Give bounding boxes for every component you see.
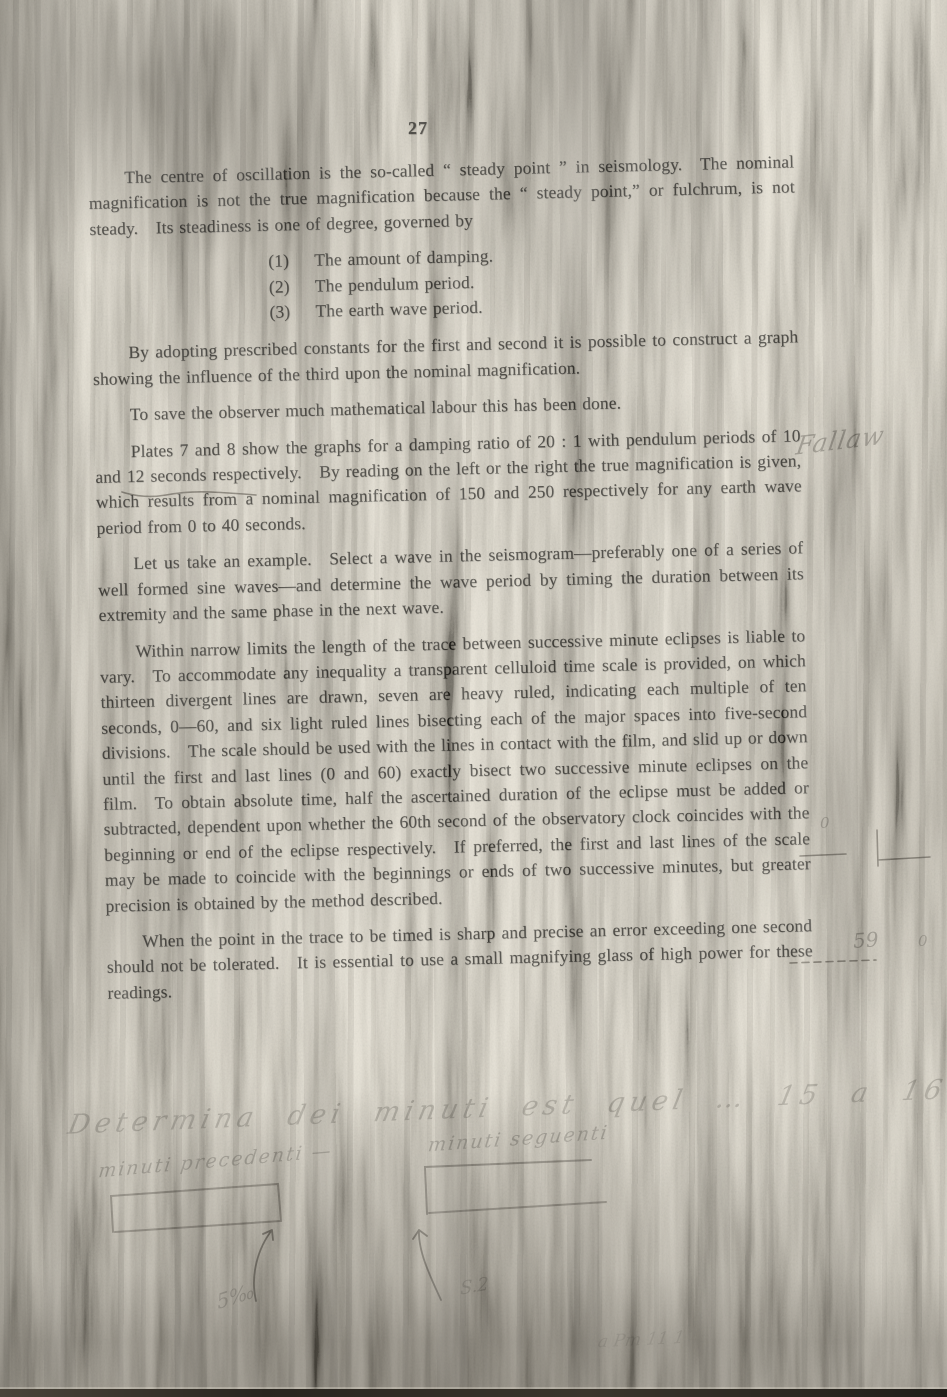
handwritten-scribble-bottom: a Pm 11 1 bbox=[596, 1328, 685, 1353]
scanned-page: 27 The centre of oscillation is the so-c… bbox=[0, 0, 947, 1397]
page-number: 27 bbox=[408, 118, 428, 139]
paragraph-plates-7-8: Plates 7 and 8 show the graphs for a dam… bbox=[94, 423, 802, 541]
pencil-box-left-sketch bbox=[111, 1184, 281, 1232]
paragraph-example: Let us take an example. Select a wave in… bbox=[97, 536, 805, 629]
paragraph-time-scale: Within narrow limits the length of the t… bbox=[99, 623, 811, 919]
body-text: The centre of oscillation is the so-call… bbox=[88, 149, 814, 1017]
pencil-box-right-sketch bbox=[425, 1160, 591, 1214]
handwritten-margin-zero-top: 0 bbox=[820, 814, 830, 832]
paragraph-adopting-constants: By adopting prescribed constants for the… bbox=[92, 325, 799, 392]
handwritten-label-precedenti: minuti precedenti — bbox=[97, 1140, 334, 1183]
numbered-list: (1) The amount of damping. (2) The pendu… bbox=[268, 237, 798, 326]
handwritten-scribble-mid: S.2 bbox=[460, 1273, 488, 1299]
handwritten-scribble-left: 5‰ bbox=[215, 1278, 256, 1314]
handwritten-label-seguenti: minuti seguenti bbox=[427, 1122, 611, 1157]
paragraph-save-labour: To save the observer much mathematical l… bbox=[94, 387, 800, 429]
paragraph-magnifying-glass: When the point in the trace to be timed … bbox=[106, 913, 814, 1006]
handwritten-margin-name: Fallaw bbox=[794, 420, 887, 461]
scan-bottom-edge bbox=[0, 1389, 947, 1397]
paragraph-centre-of-oscillation: The centre of oscillation is the so-call… bbox=[88, 149, 796, 242]
pencil-arrow-right bbox=[413, 1230, 441, 1300]
margin-dash-line-2 bbox=[877, 830, 930, 866]
pencil-box-right-bottom-line bbox=[429, 1202, 606, 1213]
list-marker: (2) bbox=[269, 274, 304, 300]
list-item-text: The pendulum period. bbox=[315, 270, 475, 299]
list-marker: (1) bbox=[268, 248, 303, 274]
list-item-text: The earth wave period. bbox=[315, 295, 483, 324]
pencil-arrow-left bbox=[254, 1230, 273, 1301]
handwritten-margin-59: 59 bbox=[852, 927, 879, 953]
list-marker: (3) bbox=[269, 299, 304, 325]
handwritten-margin-zero-bottom: 0 bbox=[918, 932, 928, 950]
handwritten-note-line: Determina dei minuti est quel … 15 a 16 bbox=[65, 1074, 947, 1141]
